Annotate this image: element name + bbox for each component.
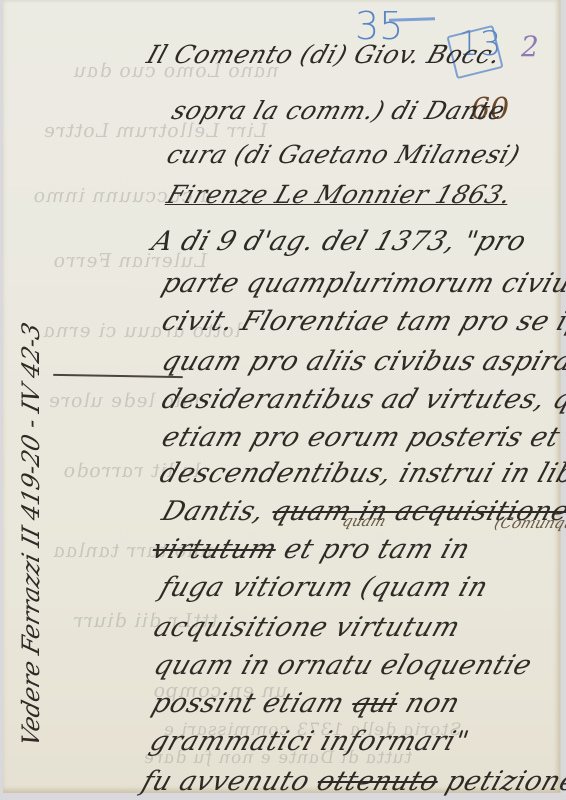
- body-word: Dantis,: [158, 496, 269, 527]
- body-word: petizione: [442, 766, 566, 797]
- body-line: grammatici informari": [146, 726, 473, 757]
- heading-line: cura (di Gaetano Milanesi): [163, 140, 524, 169]
- struck-text: virtutum: [148, 534, 281, 565]
- body-line: possint etiam qui non: [148, 688, 464, 719]
- struck-text: qui: [347, 688, 402, 719]
- interlinear-note: quam: [340, 512, 388, 530]
- body-line: fu avvenuto ottenuto petizione: [138, 766, 566, 797]
- body-line: A di 9 d'ag. del 1373, "pro: [148, 226, 530, 257]
- body-line: quam in ornatu eloquentie: [150, 650, 536, 681]
- heading-line: Il Comento (di) Giov. Bocc.: [143, 40, 504, 69]
- body-line: descendentibus, instrui in libro: [156, 458, 566, 489]
- manuscript-page: nano Lomo cuo dau Lirr Lellotrum Lottre …: [3, 0, 561, 793]
- struck-text: ottenuto: [313, 766, 443, 797]
- heading-line: Firenze Le Monnier 1863.: [163, 180, 515, 209]
- body-line: desiderantibus ad virtutes, quam: [158, 384, 566, 415]
- body-line: civit. Florentiae tam pro se ipsis,: [158, 306, 566, 337]
- body-line: virtutum et pro tam in: [148, 534, 474, 565]
- body-line: parte quamplurimorum civium: [158, 268, 566, 299]
- body-word: non: [401, 688, 464, 719]
- heading-line: sopra la comm.) di Dante: [168, 96, 509, 125]
- blue-pencil-stroke: [389, 17, 435, 22]
- body-line: acquisitione virtutum: [150, 612, 464, 643]
- margin-note-vertical: Vedere Ferrazzi II 419-20 - IV 42-3: [17, 320, 45, 750]
- body-line: fuga vitiorum (quam in: [156, 572, 492, 603]
- body-word: et pro tam in: [280, 534, 474, 565]
- purple-pencil-digit: 2: [521, 30, 539, 63]
- body-word: fu avvenuto: [138, 766, 314, 797]
- body-word: possint etiam: [148, 688, 348, 719]
- body-line: quam pro aliis civibus aspirare: [158, 346, 566, 377]
- body-line: etiam pro eorum posteris et: [158, 422, 564, 453]
- interlinear-note: (Comunque): [492, 514, 566, 532]
